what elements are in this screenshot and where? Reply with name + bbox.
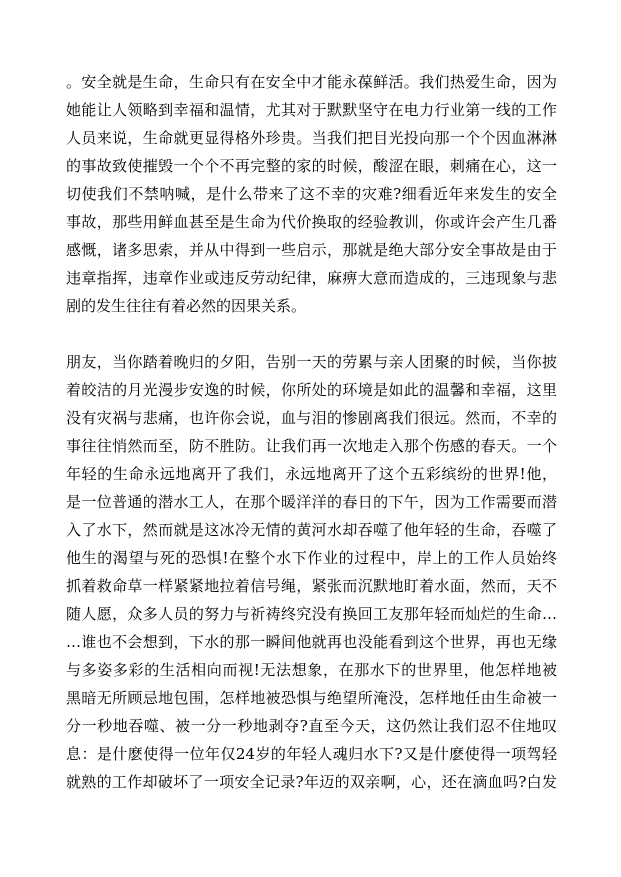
paragraph: 朋友，当你踏着晚归的夕阳，告别一天的劳累与亲人团聚的时候，当你披着皎洁的月光漫步… <box>66 348 557 796</box>
text-line: 没有灾祸与悲痛，也许你会说，血与泪的惨剧离我们很远。然而，不幸的 <box>66 404 557 432</box>
text-line: 的事故致使摧毁一个个不再完整的家的时候，酸涩在眼，刺痛在心，这一 <box>66 152 557 180</box>
text-line: 违章指挥，违章作业或违反劳动纪律，麻痹大意而造成的，三违现象与悲 <box>66 264 557 292</box>
text-line: 黑暗无所顾忌地包围，怎样地被恐惧与绝望所淹没，怎样地任由生命被一 <box>66 684 557 712</box>
text-line: 事往往悄然而至，防不胜防。让我们再一次地走入那个伤感的春天。一个 <box>66 432 557 460</box>
text-line: 是一位普通的潜水工人，在那个暖洋洋的春日的下午，因为工作需要而潜 <box>66 488 557 516</box>
text-line: 着皎洁的月光漫步安逸的时候，你所处的环境是如此的温馨和幸福，这里 <box>66 376 557 404</box>
text-line: 随人愿，众多人员的努力与祈祷终究没有换回工友那年轻而灿烂的生命… <box>66 600 557 628</box>
text-line: 入了水下，然而就是这冰冷无情的黄河水却吞噬了他年轻的生命，吞噬了 <box>66 516 557 544</box>
text-line: 。安全就是生命，生命只有在安全中才能永葆鲜活。我们热爱生命，因为 <box>66 68 557 96</box>
text-line: 人员来说，生命就更显得格外珍贵。当我们把目光投向那一个个因血淋淋 <box>66 124 557 152</box>
text-line: 抓着救命草一样紧紧地拉着信号绳，紧张而沉默地盯着水面，然而，天不 <box>66 572 557 600</box>
text-line: 感慨，诸多思索，并从中得到一些启示，那就是绝大部分安全事故是由于 <box>66 236 557 264</box>
text-line: 朋友，当你踏着晚归的夕阳，告别一天的劳累与亲人团聚的时候，当你披 <box>66 348 557 376</box>
text-line: 息：是什麽使得一位年仅24岁的年轻人魂归水下?又是什麽使得一项驾轻 <box>66 740 557 768</box>
text-line: 就熟的工作却破坏了一项安全记录?年迈的双亲啊，心，还在滴血吗?白发 <box>66 768 557 796</box>
text-line: 事故，那些用鲜血甚至是生命为代价换取的经验教训，你或许会产生几番 <box>66 208 557 236</box>
text-line: 与多姿多彩的生活相向而视!无法想象，在那水下的世界里，他怎样地被 <box>66 656 557 684</box>
document-text: 。安全就是生命，生命只有在安全中才能永葆鲜活。我们热爱生命，因为她能让人领略到幸… <box>66 68 557 796</box>
text-line: 剧的发生往往有着必然的因果关系。 <box>66 292 557 320</box>
text-line: 她能让人领略到幸福和温情，尤其对于默默坚守在电力行业第一线的工作 <box>66 96 557 124</box>
text-line: 切使我们不禁呐喊，是什么带来了这不幸的灾难?细看近年来发生的安全 <box>66 180 557 208</box>
text-line: 分一秒地吞噬、被一分一秒地剥夺?直至今天，这仍然让我们忍不住地叹 <box>66 712 557 740</box>
text-line: …谁也不会想到，下水的那一瞬间他就再也没能看到这个世界，再也无缘 <box>66 628 557 656</box>
paragraph: 。安全就是生命，生命只有在安全中才能永葆鲜活。我们热爱生命，因为她能让人领略到幸… <box>66 68 557 320</box>
text-line: 年轻的生命永远地离开了我们，永远地离开了这个五彩缤纷的世界!他， <box>66 460 557 488</box>
document-page: 。安全就是生命，生命只有在安全中才能永葆鲜活。我们热爱生命，因为她能让人领略到幸… <box>0 0 621 877</box>
text-line: 他生的渴望与死的恐惧!在整个水下作业的过程中，岸上的工作人员始终 <box>66 544 557 572</box>
